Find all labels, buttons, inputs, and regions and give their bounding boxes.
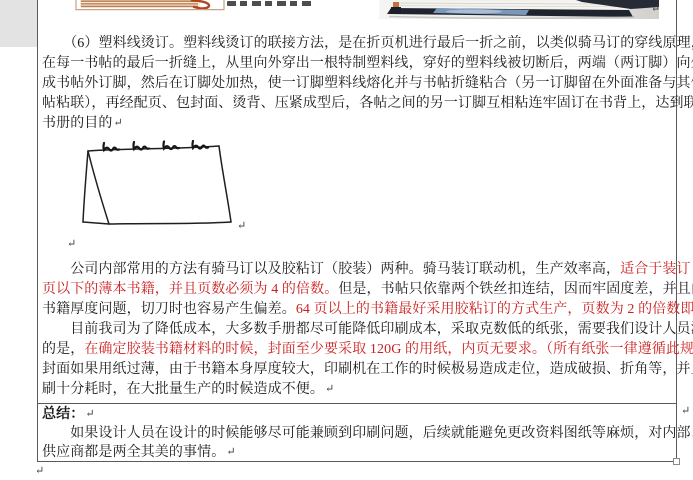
cropped-caption-fragment (227, 1, 313, 6)
table-resize-handle[interactable] (673, 458, 680, 465)
binding-paragraph-line: 在每一书帖的最后一折缝上，从里向外穿出一根特制塑料线，穿好的塑料线被切断后，两端… (42, 56, 693, 71)
outside-marks-line: ↵ (34, 464, 44, 479)
text-segment: 如果设计人员在设计的时候能够尽可能兼顾到印刷问题，后续就能避免更改资料图纸等麻烦… (42, 426, 693, 441)
binding-paragraph-line: 帖粘联），再经配页、包封面、烫背、压紧成型后，各帖之间的另一订脚互相粘连牢固订在… (42, 96, 693, 111)
figure-marks-line: ↵ (66, 237, 76, 252)
paragraph-mark: ↵ (113, 117, 123, 129)
summary-row-line: 如果设计人员在设计的时候能够尽可能兼顾到印刷问题，后续就能避免更改资料图纸等麻烦… (42, 426, 693, 441)
paragraph-mark: ↵ (34, 465, 44, 477)
methods-paragraphs-line: 页以下的薄本书籍，并且页数必须为 4 的倍数。但是，书帖只依靠两个铁丝扣连结，因… (42, 282, 693, 297)
figure-marks-line: ↵ (236, 219, 246, 234)
paragraph-mark: ↵ (84, 408, 94, 420)
text-segment: 帖粘联），再经配页、包封面、烫背、压紧成型后，各帖之间的另一订脚互相粘连牢固订在… (42, 96, 693, 111)
methods-paragraphs-line: 书籍厚度问题，切刀时也容易产生偏差。64 页以上的书籍最好采用胶粘订的方式生产，… (42, 302, 693, 317)
hand-drawn-signature-figure (62, 140, 242, 235)
paragraph-mark: ↵ (680, 405, 690, 417)
stitch-diagram-image (74, 0, 229, 12)
table-border-bottom (37, 461, 677, 462)
text-segment: 目前我司为了降低成本，大多数手册都尽可能降低印刷成本，采取克数低的纸张，需要我们… (42, 322, 693, 337)
methods-paragraphs-line: 刷十分耗时，在大批量生产的时候造成不便。↵ (42, 382, 334, 397)
text-segment: 成书帖外订脚，然后在订脚处加热，使一订脚塑料线熔化并与书帖折缝粘合（另一订脚留在… (42, 76, 693, 91)
text-segment: 但是，书帖只依靠两个铁丝扣连结，因而牢固度差，并且由于 (338, 282, 693, 297)
binding-paragraph-line: （6）塑料线烫订。塑料线烫订的联接方法，是在折页机进行最后一折之前，以类似骑马订… (42, 36, 693, 51)
summary-row-line: 供应商都是两全其美的事情。↵ (42, 445, 236, 460)
methods-paragraphs-line: 封面如果用纸过薄，由于书籍本身厚度较大，印刷机在工作的时候极易造成走位，造成破损… (42, 362, 693, 377)
summary-row-line: 总结：↵ (42, 407, 95, 422)
text-segment: 书籍厚度问题，切刀时也容易产生偏差。 (42, 302, 296, 317)
methods-paragraphs-line: 的是，在确定胶装书籍材料的时候，封面至少要采取 120G 的用纸，内页无要求。（… (42, 342, 693, 357)
table-row-divider (37, 403, 677, 404)
paragraph-mark: ↵ (66, 238, 76, 250)
text-segment: 总结： (42, 407, 84, 422)
text-segment: （6）塑料线烫订。塑料线烫订的联接方法，是在折页机进行最后一折之前，以类似骑马订… (42, 36, 693, 51)
text-segment: 公司内部常用的方法有骑马订以及胶粘订（胶装）两种。骑马装订联动机，生产效率高， (42, 262, 620, 277)
text-segment: 适合于装订 64 (620, 262, 693, 277)
table-border-left (37, 0, 38, 462)
binding-paragraph-line: 成书帖外订脚，然后在订脚处加热，使一订脚塑料线熔化并与书帖折缝粘合（另一订脚留在… (42, 76, 693, 91)
outside-marks-line: ↵ (680, 404, 690, 419)
text-segment: 封面如果用纸过薄，由于书籍本身厚度较大，印刷机在工作的时候极易造成走位，造成破损… (42, 362, 693, 377)
text-segment: 在确定胶装书籍材料的时候，封面至少要采取 120G 的用纸，内页无要求。（所有纸… (84, 342, 693, 357)
book-photo-image (379, 0, 659, 19)
paragraph-mark: ↵ (236, 220, 246, 232)
text-segment: 页以下的薄本书籍，并且页数必须为 4 的倍数。 (42, 282, 338, 297)
top-row-line: ↵ (650, 2, 660, 17)
cropped-content-shade (0, 0, 37, 47)
paragraph-mark: ↵ (225, 446, 235, 458)
methods-paragraphs-line: 公司内部常用的方法有骑马订以及胶粘订（胶装）两种。骑马装订联动机，生产效率高，适… (42, 262, 693, 277)
methods-paragraphs-line: 目前我司为了降低成本，大多数手册都尽可能降低印刷成本，采取克数低的纸张，需要我们… (42, 322, 693, 337)
text-segment: 供应商都是两全其美的事情。 (42, 445, 225, 460)
text-segment: 在每一书帖的最后一折缝上，从里向外穿出一根特制塑料线，穿好的塑料线被切断后，两端… (42, 56, 693, 71)
text-segment: 刷十分耗时，在大批量生产的时候造成不便。 (42, 382, 324, 397)
text-segment: 书册的目的 (42, 116, 113, 131)
binding-paragraph-line: 书册的目的↵ (42, 116, 123, 131)
text-segment: 64 页以上的书籍最好采用胶粘订的方式生产，页数为 2 的倍数即可 (296, 302, 693, 317)
paragraph-mark: ↵ (650, 3, 660, 15)
paragraph-mark: ↵ (324, 383, 334, 395)
text-segment: 的是， (42, 342, 84, 357)
document-page[interactable]: { "document": { "colors": { "text": "#1a… (0, 0, 693, 480)
